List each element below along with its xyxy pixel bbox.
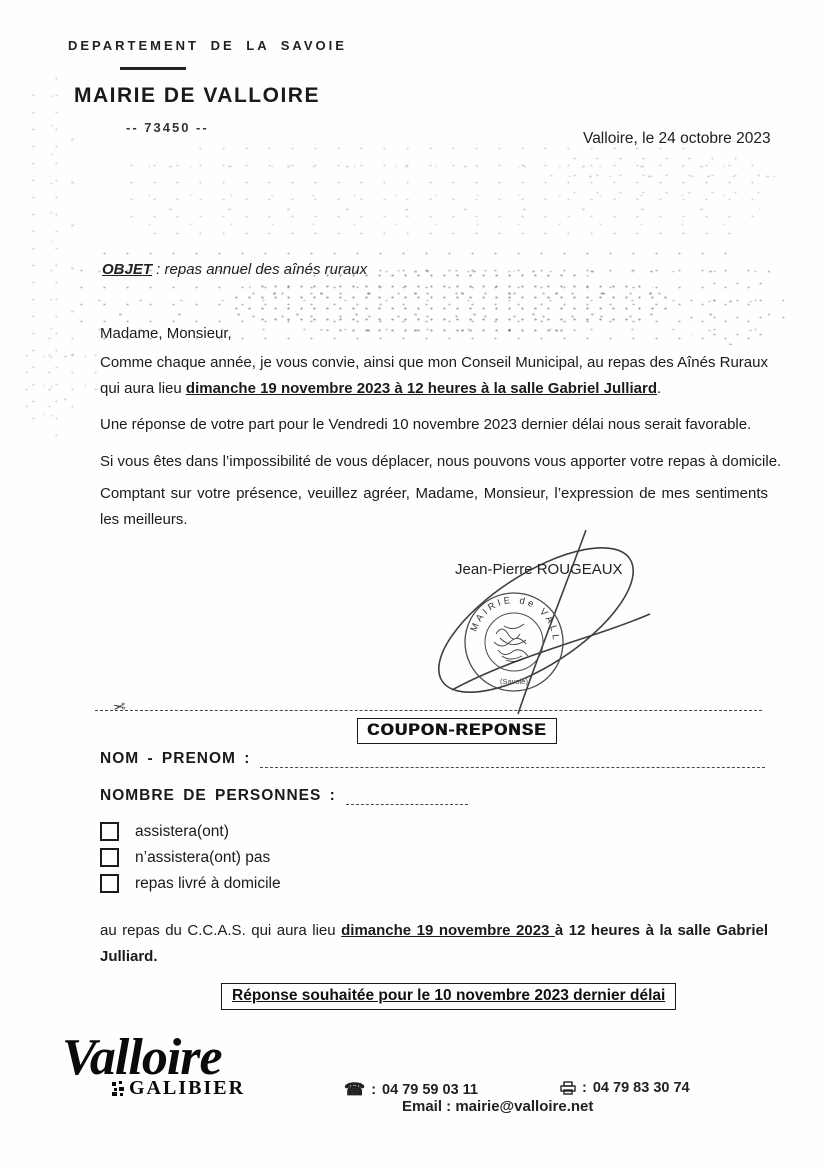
paragraph-response: Une réponse de votre part pour le Vendre… — [100, 412, 800, 438]
option-row-home-delivery: repas livré à domicile — [100, 874, 281, 893]
paragraph-invitation-end: . — [657, 380, 661, 397]
salutation: Madame, Monsieur, — [100, 321, 232, 347]
objet-label: OBJET — [102, 261, 152, 278]
scan-noise — [15, 330, 105, 420]
checkbox-home-delivery[interactable] — [100, 874, 119, 893]
paragraph-domicile: Si vous êtes dans l’impossibilité de vou… — [100, 449, 810, 475]
option-row-not-attend: n’assistera(ont) pas — [100, 848, 270, 867]
galibier-mark-icon — [112, 1081, 125, 1096]
galibier-logo: GALIBIER — [112, 1077, 245, 1100]
date-line: Valloire, le 24 octobre 2023 — [583, 130, 771, 148]
paragraph-closing: Comptant sur votre présence, veuillez ag… — [100, 481, 768, 533]
letterhead-divider — [120, 67, 186, 70]
phone-icon: ☎ — [344, 1080, 365, 1100]
name-field-label: NOM - PRENOM : — [100, 750, 250, 768]
count-field-label: NOMBRE DE PERSONNES : — [100, 787, 336, 805]
option-label: assistera(ont) — [135, 823, 229, 841]
scan-noise — [230, 270, 670, 335]
scanned-letter-page: DEPARTEMENT DE LA SAVOIE MAIRIE DE VALLO… — [0, 0, 828, 1168]
scan-noise — [22, 70, 77, 440]
svg-text:(Savoie): (Savoie) — [500, 677, 528, 686]
phone-contact: ☎ : 04 79 59 03 11 — [344, 1080, 478, 1100]
municipal-stamp: MAIRIE de VALLOIRE (Savoie) — [465, 593, 563, 691]
option-row-attend: assistera(ont) — [100, 822, 229, 841]
coupon-title: COUPON-REPONSE — [357, 718, 557, 744]
fax-contact: : 04 79 83 30 74 — [560, 1080, 690, 1096]
option-label: repas livré à domicile — [135, 875, 281, 893]
signature-and-stamp: MAIRIE de VALLOIRE (Savoie) — [418, 528, 668, 718]
fax-icon — [560, 1081, 576, 1095]
count-input-line[interactable] — [346, 789, 468, 805]
deadline-notice: Réponse souhaitée pour le 10 novembre 20… — [221, 983, 676, 1010]
email-contact: Email : mairie@valloire.net — [402, 1098, 593, 1115]
scan-noise — [120, 140, 760, 250]
paragraph-invitation: Comme chaque année, je vous convie, ains… — [100, 350, 768, 402]
coupon-closing-start: au repas du C.C.A.S. qui aura lieu — [100, 922, 341, 939]
objet-text: : repas annuel des aînés ruraux — [152, 261, 367, 278]
postal-code: -- 73450 -- — [126, 120, 209, 135]
name-input-line[interactable] — [260, 752, 765, 768]
checkbox-not-attend[interactable] — [100, 848, 119, 867]
department-heading: DEPARTEMENT DE LA SAVOIE — [68, 38, 347, 53]
phone-number: 04 79 59 03 11 — [382, 1082, 478, 1098]
coupon-closing-highlight: dimanche 19 novembre 2023 — [341, 922, 555, 939]
scan-noise — [680, 275, 785, 345]
scan-noise — [540, 150, 780, 205]
paragraph-invitation-highlight: dimanche 19 novembre 2023 à 12 heures à … — [186, 380, 657, 397]
office-title: MAIRIE DE VALLOIRE — [74, 84, 320, 108]
scissors-icon: ✂ — [112, 697, 127, 717]
fax-number: 04 79 83 30 74 — [593, 1080, 690, 1096]
name-field-row: NOM - PRENOM : — [100, 750, 765, 768]
option-label: n’assistera(ont) pas — [135, 849, 270, 867]
coupon-closing-paragraph: au repas du C.C.A.S. qui aura lieu diman… — [100, 918, 768, 970]
cut-line — [95, 710, 762, 711]
checkbox-attend[interactable] — [100, 822, 119, 841]
objet-line: OBJET : repas annuel des aînés ruraux — [102, 261, 367, 278]
count-field-row: NOMBRE DE PERSONNES : — [100, 787, 468, 805]
